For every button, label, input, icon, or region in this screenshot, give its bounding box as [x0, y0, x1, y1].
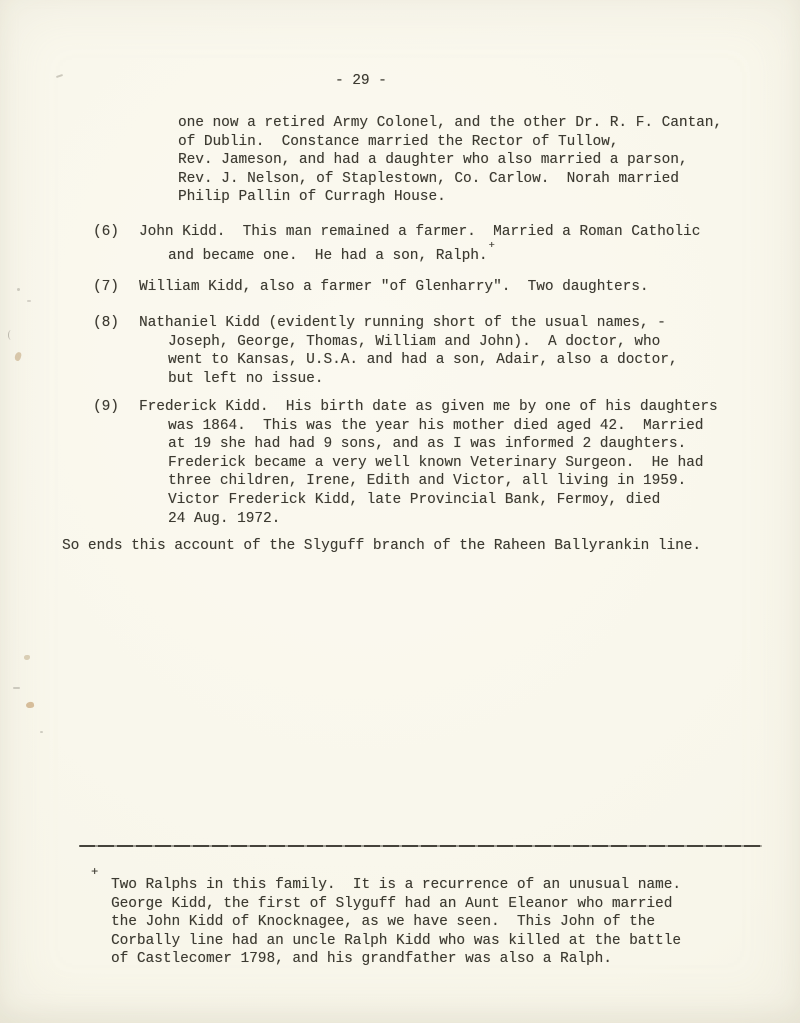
closing-line: So ends this account of the Slyguff bran…: [62, 537, 701, 556]
paper-speck: [27, 300, 31, 302]
footnote-separator-rule: [79, 845, 762, 847]
paper-speck: [24, 655, 30, 660]
entry-text: Frederick Kidd. His birth date as given …: [139, 399, 718, 415]
text-line: Frederick became a very well known Veter…: [93, 454, 773, 473]
text-line: Corbally line had an uncle Ralph Kidd wh…: [111, 932, 681, 951]
scanned-document-page: - 29 - one now a retired Army Colonel, a…: [0, 0, 800, 1023]
paper-speck: [40, 731, 43, 733]
entry-number: (8): [93, 314, 139, 333]
text-line: George Kidd, the first of Slyguff had an…: [111, 895, 681, 914]
entry-number: (7): [93, 278, 139, 297]
text-line: 24 Aug. 1972.: [93, 510, 773, 529]
paper-speck: [56, 74, 63, 78]
entry-number: (6): [93, 223, 139, 242]
footnote: Two Ralphs in this family. It is a recur…: [111, 876, 681, 969]
text-line: three children, Irene, Edith and Victor,…: [93, 472, 773, 491]
entry-8: (8)Nathaniel Kidd (evidently running sho…: [93, 314, 773, 388]
text-line: Rev. Jameson, and had a daughter who als…: [178, 151, 722, 170]
text-line: Joseph, George, Thomas, William and John…: [93, 333, 773, 352]
entry-text: John Kidd. This man remained a farmer. M…: [139, 224, 700, 240]
paper-speck: [14, 351, 22, 361]
paper-speck: [8, 330, 14, 340]
entry-text: Nathaniel Kidd (evidently running short …: [139, 315, 666, 331]
text-line: but left no issue.: [93, 370, 773, 389]
entry-number: (9): [93, 398, 139, 417]
paper-speck: [26, 701, 35, 708]
entry-6: (6)John Kidd. This man remained a farmer…: [93, 223, 773, 265]
text-line: and became one. He had a son, Ralph.+: [93, 242, 773, 265]
text-line: Victor Frederick Kidd, late Provincial B…: [93, 491, 773, 510]
text-line: at 19 she had had 9 sons, and as I was i…: [93, 435, 773, 454]
text-line: (9)Frederick Kidd. His birth date as giv…: [93, 398, 773, 417]
intro-paragraph: one now a retired Army Colonel, and the …: [178, 114, 722, 207]
paper-speck: [13, 687, 20, 689]
page-number: - 29 -: [335, 72, 387, 91]
paper-speck: [17, 288, 20, 291]
text-line: of Castlecomer 1798, and his grandfather…: [111, 950, 681, 969]
text-line: one now a retired Army Colonel, and the …: [178, 114, 722, 133]
text-line: (7)William Kidd, also a farmer "of Glenh…: [93, 278, 773, 297]
text-line: the John Kidd of Knocknagee, as we have …: [111, 913, 681, 932]
footnote-reference: +: [489, 240, 495, 252]
footnote-marker: +: [91, 863, 98, 882]
entry-9: (9)Frederick Kidd. His birth date as giv…: [93, 398, 773, 528]
entry-text: and became one. He had a son, Ralph.: [168, 247, 488, 263]
text-line: Two Ralphs in this family. It is a recur…: [111, 876, 681, 895]
text-line: Philip Pallin of Curragh House.: [178, 188, 722, 207]
entry-7: (7)William Kidd, also a farmer "of Glenh…: [93, 278, 773, 297]
text-line: (6)John Kidd. This man remained a farmer…: [93, 223, 773, 242]
text-line: Rev. J. Nelson, of Staplestown, Co. Carl…: [178, 170, 722, 189]
text-line: went to Kansas, U.S.A. and had a son, Ad…: [93, 351, 773, 370]
text-line: (8)Nathaniel Kidd (evidently running sho…: [93, 314, 773, 333]
entry-text: William Kidd, also a farmer "of Glenharr…: [139, 279, 649, 295]
text-line: of Dublin. Constance married the Rector …: [178, 133, 722, 152]
text-line: was 1864. This was the year his mother d…: [93, 417, 773, 436]
